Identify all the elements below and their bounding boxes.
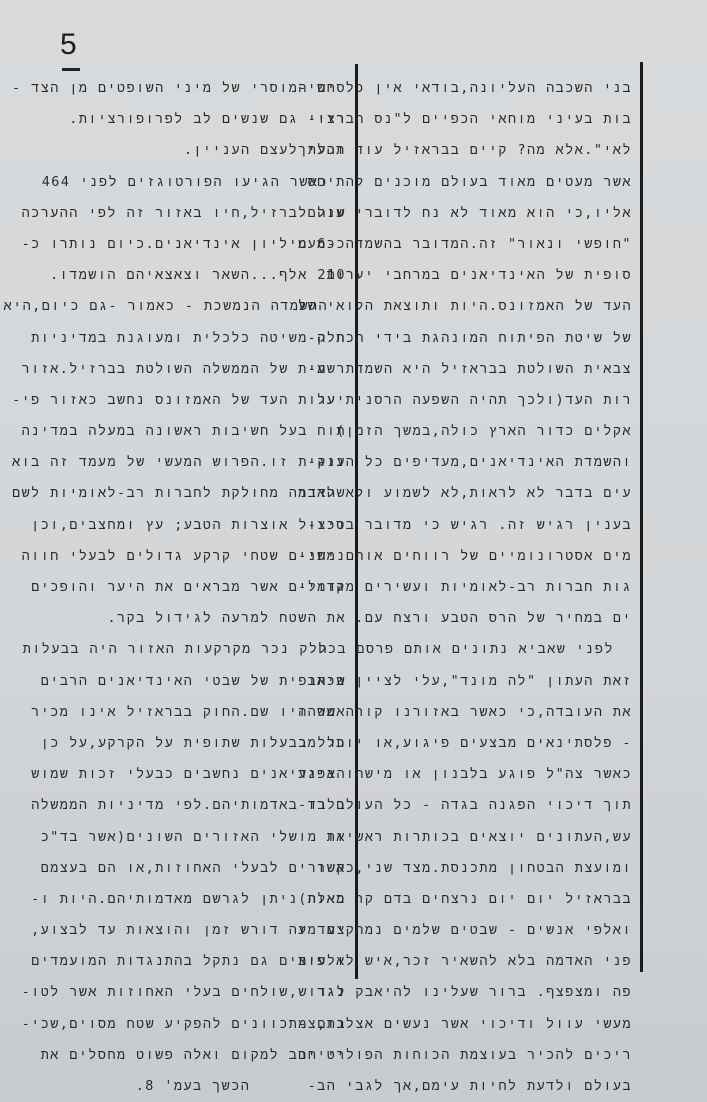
text-line: חלק נכר מקרקעות האזור היה בבעלות	[40, 634, 346, 665]
text-line: מים אסטרונומיים של רווחים אותם משי-	[368, 541, 632, 572]
text-line: כ-6 מיליון אינדיאנים.כיום נותרו כ-	[40, 229, 346, 260]
text-line: ומועצת הבטחון מתכנסת.מצד שני,כאשר	[368, 853, 632, 884]
text-line: סים המוסרי של מיני השופטים מן הצד -	[40, 73, 346, 104]
text-line: צעד זה דורש זמן והוצאות עד לבצוע,	[40, 915, 346, 946]
text-line: סופית של האינדיאנים במרחבי יערות	[368, 260, 632, 291]
text-line: את העובדה,כי כאשר באזורנו קורה משהו	[368, 697, 632, 728]
text-line: עים בדבר לא לראות,לא לשמוע ולא לדבר	[368, 478, 632, 509]
text-line: כאלה)ניתן לגרשם מאדמותיהם.היות ו-	[40, 884, 346, 915]
text-line: - פלסתינאים מבצעים פיגוע,או יותר מכ	[368, 728, 632, 759]
text-line: חלק משיטה כלכלית ומעוגנת במדיניות	[40, 323, 346, 354]
text-line: אשר מעטים מאוד בעולם מוכנים להתיחס	[368, 167, 632, 198]
text-line: כלל בבעלות שתופית על הקרקע,על כן	[40, 728, 346, 759]
document-page: 5 בני השכבה העליונה,בודאי אין כל חשי-בות…	[0, 0, 707, 1024]
text-line: את השטח למרעה לגידול בקר.	[40, 603, 346, 634]
text-line: עש,העתונים יוצאים בכותרות ראשיות	[368, 822, 632, 853]
text-line: ההשמדה הנמשכת - כאמור -גם כיום,היא	[40, 291, 346, 322]
text-line: כאשר הגיעו הפורטוגזים לפני 464	[40, 167, 346, 198]
text-line: בתם מתכוונים להפקיע שטח מסוים,שכי-	[40, 1009, 346, 1024]
text-line: האינדיאנים נחשבים כבעלי זכות שמוש	[40, 759, 346, 790]
text-line: זאת העתון "לה מונד",עלי לציין בכאב	[368, 666, 632, 697]
text-line: בלבד באדמותיהם.לפי מדיניות הממשלה	[40, 790, 346, 821]
page-number: 5	[60, 28, 77, 62]
text-line: אליו,כי הוא מאוד לא נח לדוברי עולם	[368, 198, 632, 229]
text-line: בענין רגיש זה. רגיש כי מדובר בסכו-	[368, 510, 632, 541]
text-line: או מושלי האזורים השונים(אשר בד"כ	[40, 822, 346, 853]
text-line: יערות העד של האמזונס נחשב כאזור פי-	[40, 385, 346, 416]
text-line: ענקית זו.הפרוש המעשי של מעמד זה בוא	[40, 447, 346, 478]
text-line: ניצול אוצרות הטבע; עץ ומחצבים,וכן	[40, 510, 346, 541]
text-line: מעשי עוול ודיכוי אשר נעשים אצלנו,צ-	[368, 1009, 632, 1024]
text-line: פה ומצפצף. ברור שעלינו להיאבק נגד	[368, 977, 632, 1008]
text-line: וכעת לעצם העניין.	[40, 135, 346, 166]
text-line: רשמית של הממשלה השולטת בברזיל.אזור	[40, 354, 346, 385]
text-line: אשר היו שם.החוק בבראזיל אינו מכיר	[40, 697, 346, 728]
text-line: תוך דיכוי הפגנה בגדה - כל העולם רו-	[368, 790, 632, 821]
text-line: של שיטת הפיתוח המונהגת בידי הכת ה-	[368, 323, 632, 354]
text-line: "חופשי ונאור" זה.המדובר בהשמדה כמעט	[368, 229, 632, 260]
text-line: פני האדמה בלא להשאיר זכר,איש לא פוצ	[368, 946, 632, 977]
page-number-underline	[62, 68, 80, 71]
column-divider-right	[640, 62, 643, 972]
right-text-column: בני השכבה העליונה,בודאי אין כל חשי-בות ב…	[368, 73, 632, 1024]
text-line: רצוי גם שנשים לב לפרופורציות.	[40, 104, 346, 135]
text-line: לפני שאביא נתונים אותם פרסם בכל	[368, 634, 632, 665]
text-line: לגרוש,שולחים בעלי האחוזות אשר לטו-	[40, 977, 346, 1008]
left-text-column: סים המוסרי של מיני השופטים מן הצד -רצוי …	[40, 73, 346, 1024]
text-line: שהאדמה מחולקת לחברות רב-לאומיות לשם	[40, 478, 346, 509]
text-line: כאשר צה"ל פוגע בלבנון או מישהו נפגע	[368, 759, 632, 790]
text-line: בות בעיני מוחאי הכפיים ל"נס הברזי-	[368, 104, 632, 135]
text-line: ים במחיר של הרס הטבע ורצח עם.	[368, 603, 632, 634]
text-line: ואלפי אנשים - שבטים שלמים נמחקים מע	[368, 915, 632, 946]
text-line: אקלים כדור הארץ כולה,במשך הזמן)	[368, 416, 632, 447]
text-line: לאי".אלא מה? קיים בבראזיל עוד תהליך	[368, 135, 632, 166]
text-line: ניתנים שטחי קרקע גדולים לבעלי חווה	[40, 541, 346, 572]
text-line: תוח בעל חשיבות ראשונה במעלה במדינה	[40, 416, 346, 447]
text-line: שיתופית של שבטי האינדיאנים הרבים	[40, 666, 346, 697]
text-line: העד של האמזונס.היות ותוצאת הלואי של	[368, 291, 632, 322]
text-line: גות חברות רב-לאומיות ועשירים מקומי-	[368, 572, 632, 603]
text-line: והשמדת האינדיאנים,מעדיפים כל הנוג-	[368, 447, 632, 478]
text-line: ולעיתים גם נתקל בהתנגדות המועמדים	[40, 946, 346, 977]
text-line: גדולים אשר מבראים את היער והופכים	[40, 572, 346, 603]
text-line: בבראזיל יום יום נרצחים בדם קר מאות	[368, 884, 632, 915]
text-line: בני השכבה העליונה,בודאי אין כל חשי-	[368, 73, 632, 104]
text-line: שנה לברזיל,חיו באזור זה לפי ההערכה	[40, 198, 346, 229]
text-line: קשורים לבעלי האחוזות,או הם בעצמם	[40, 853, 346, 884]
text-line: רות העד(ולכך תהיה השפעה הרסנית על	[368, 385, 632, 416]
text-line: צבאית השולטת בבראזיל היא השמדת יע-	[368, 354, 632, 385]
text-line: 210 אלף...השאר וצאצאיהם הושמדו.	[40, 260, 346, 291]
